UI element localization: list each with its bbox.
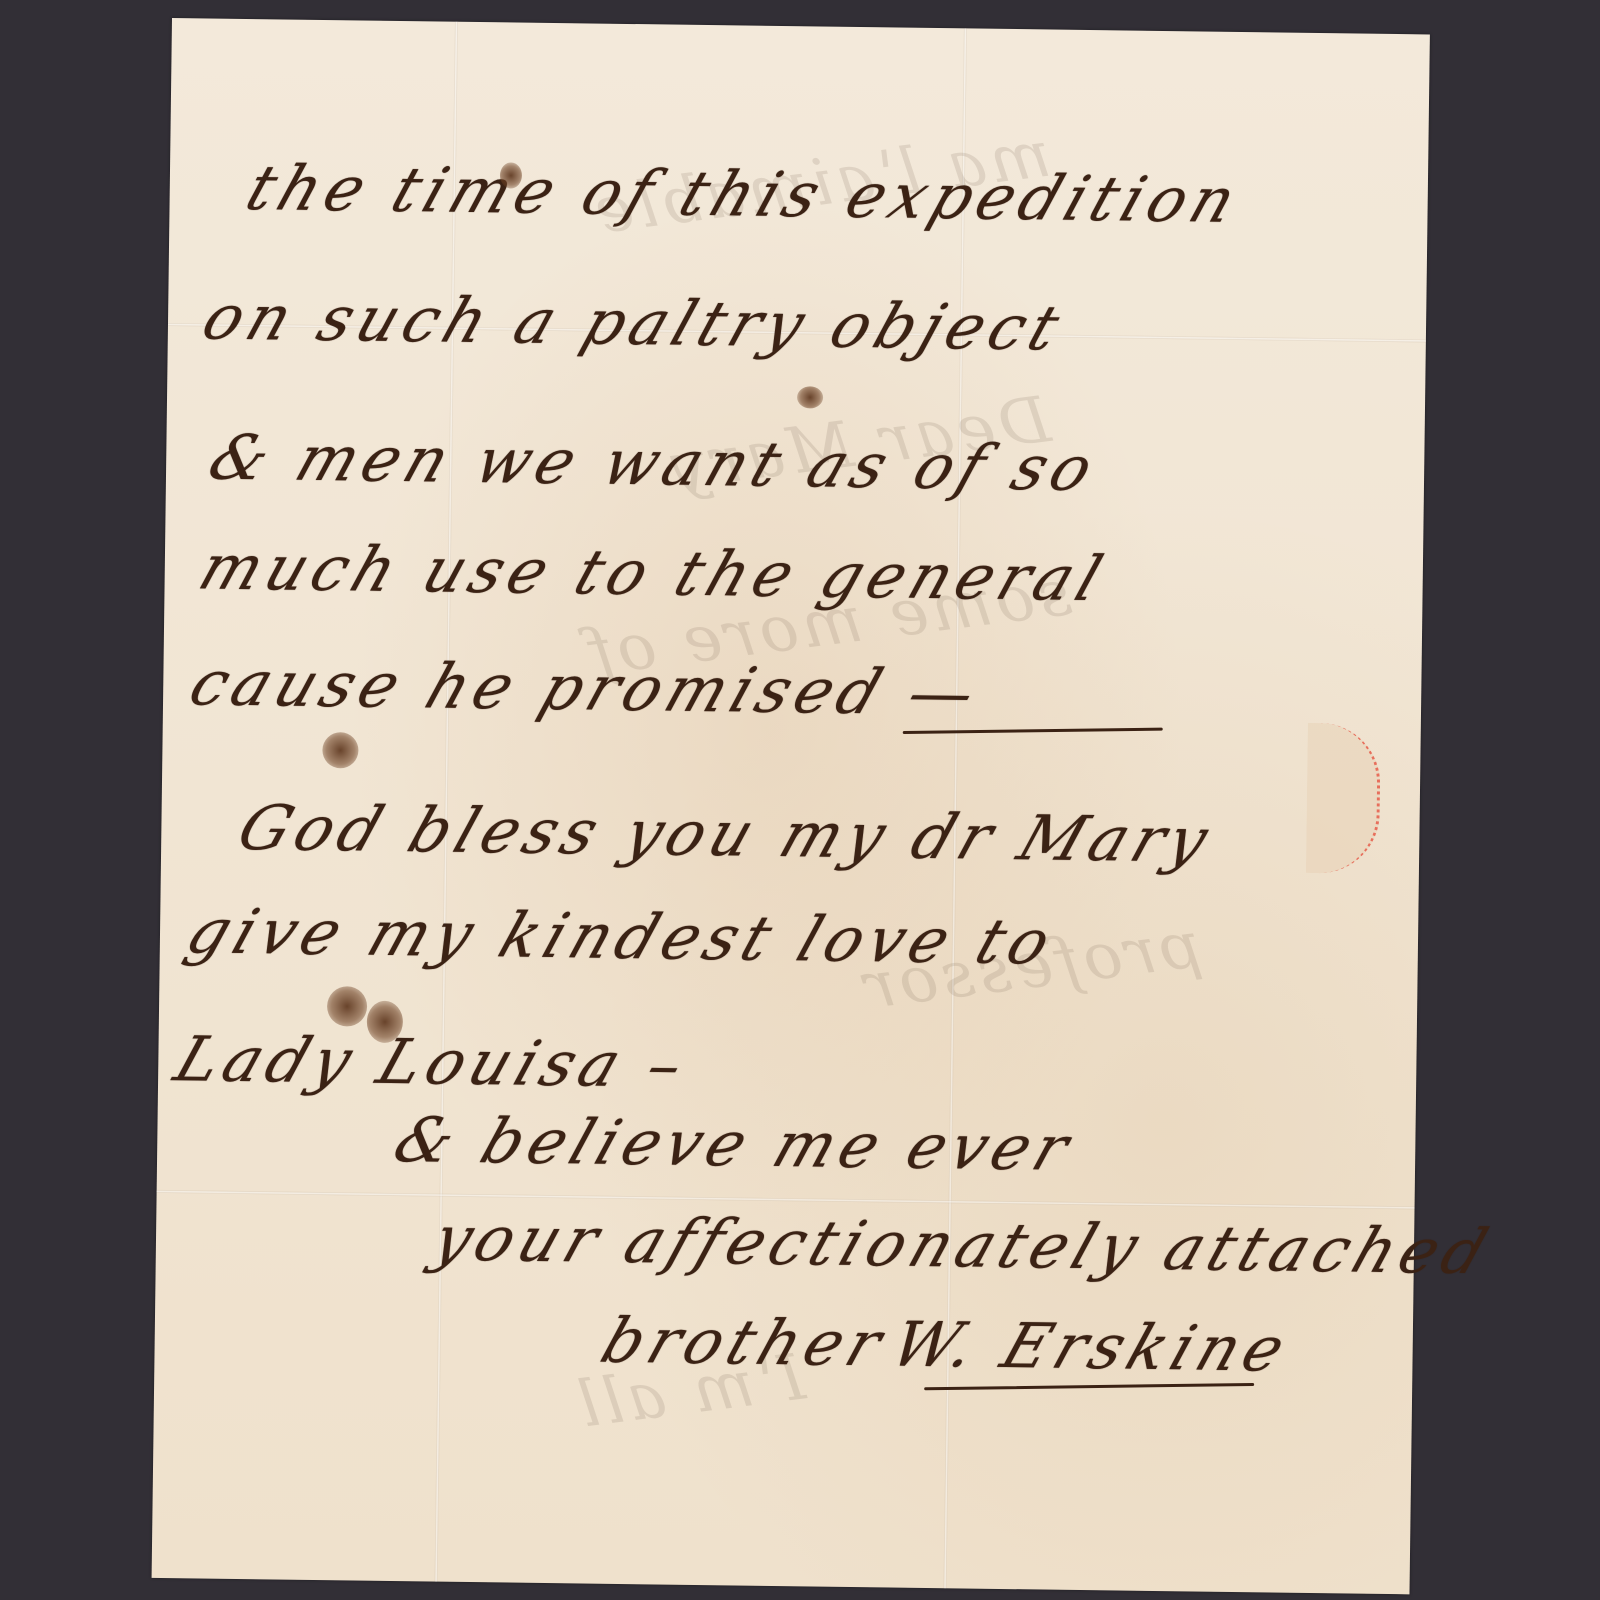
closing-line: your affectionately attached — [424, 1202, 1502, 1288]
letter-line: the time of this expedition — [237, 151, 1251, 237]
wax-seal-remnant — [1306, 723, 1381, 874]
letter-line: Lady Louisa – — [166, 1022, 699, 1101]
ink-blot — [322, 732, 358, 768]
ink-blot — [797, 386, 823, 408]
closing-line: brother — [592, 1304, 896, 1380]
letter-line: much use to the general — [190, 531, 1116, 615]
closing-line: & believe me ever — [385, 1103, 1084, 1185]
signature: W. Erskine — [882, 1308, 1300, 1386]
letter-page: ma l'aimable Dear Mary some more of prof… — [152, 18, 1430, 1594]
letter-line: cause he promised — — [181, 646, 991, 729]
letter-line: on such a paltry object — [194, 281, 1075, 365]
letter-line: & men we want as of so — [200, 421, 1108, 505]
letter-line: give my kindest love to — [178, 894, 1066, 978]
ink-blot — [327, 986, 368, 1027]
letter-line: God bless you my dr Mary — [229, 791, 1223, 876]
signature-underline — [924, 1383, 1254, 1390]
